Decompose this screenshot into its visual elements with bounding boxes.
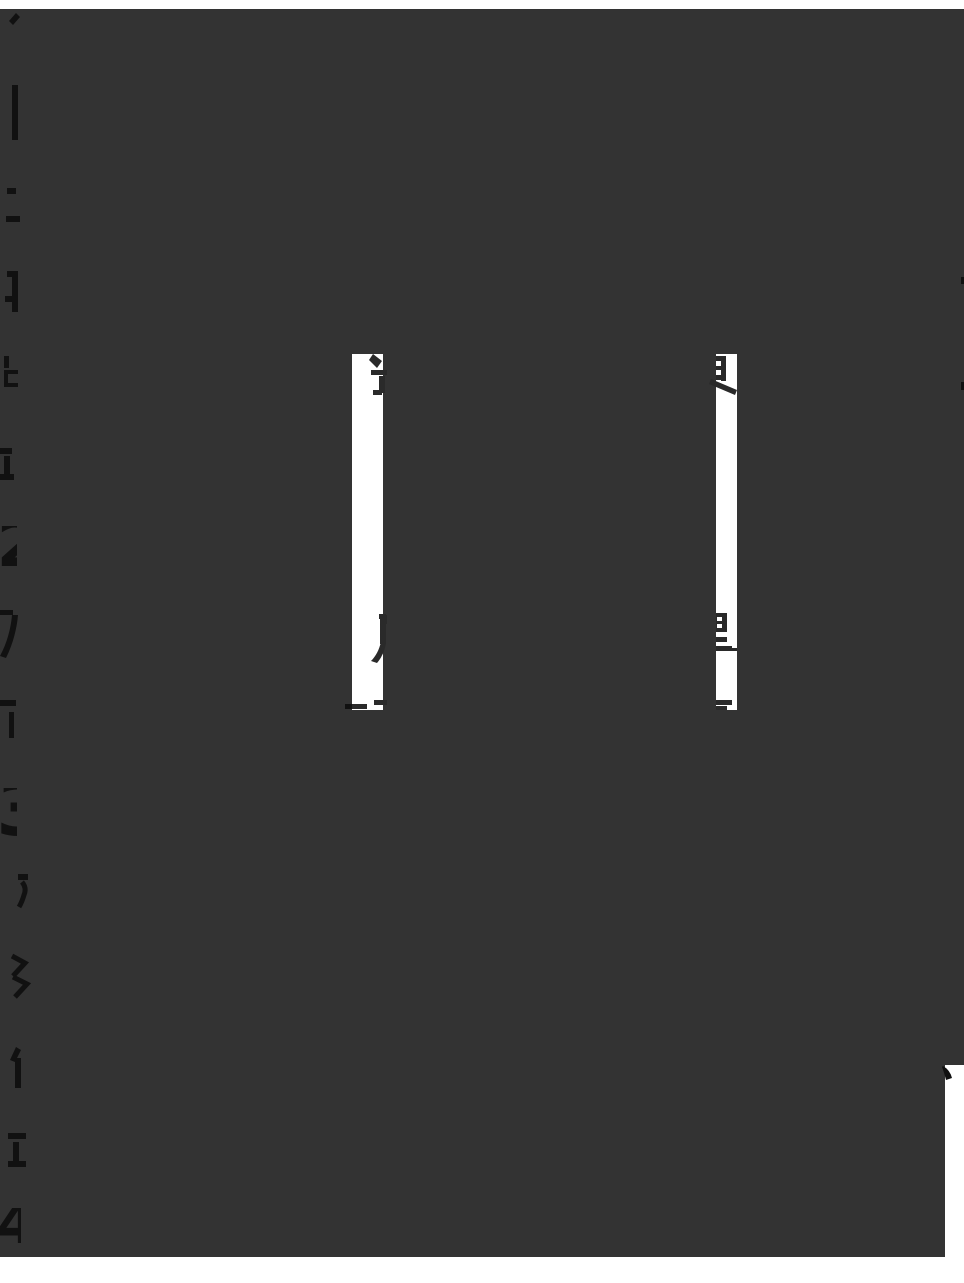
ghost-stroke-vbar — [15, 1058, 21, 1088]
ghost-digit-3: 3 — [0, 788, 17, 848]
ghost-stroke-wedge — [9, 13, 20, 25]
page-right-edge — [945, 1065, 964, 1283]
ghost-stroke-curve — [0, 615, 18, 658]
ghost-stroke-dash — [4, 370, 18, 374]
ghost-stroke-dash — [6, 216, 20, 222]
ghost-stroke-slash — [10, 1047, 21, 1062]
ghost-stroke-dash — [4, 383, 18, 387]
ghost-digit-4: 4 — [0, 1208, 21, 1252]
ghost-glyph-fragments-left-margin — [0, 13, 964, 1167]
ghost-stroke-hook — [19, 882, 25, 907]
ghost-stroke-vbar — [4, 456, 10, 480]
ghost-stroke-zigzag — [13, 977, 27, 997]
ghost-stroke-dash — [5, 296, 18, 302]
ghost-stroke-dash — [7, 188, 16, 194]
ghost-stroke-dash — [0, 610, 13, 615]
page-bottom-edge — [0, 1257, 964, 1283]
dialog-right-edge — [716, 354, 737, 710]
glyph-fragments-layer — [0, 0, 964, 1283]
ghost-digit-2: 2 — [0, 526, 17, 576]
ghost-stroke-vbar — [4, 356, 9, 368]
ghost-stroke-dash — [8, 1161, 26, 1167]
ghost-stroke-vbar — [9, 712, 14, 738]
dialog-left-edge — [352, 354, 383, 710]
ghost-stroke-vbar — [12, 277, 18, 312]
ghost-stroke-vbar — [12, 85, 18, 140]
ghost-stroke-dash — [18, 874, 28, 880]
ghost-stroke-zigzag — [12, 956, 25, 976]
dialog-glyph-cheng-bump — [384, 615, 387, 624]
ghost-stroke-dash — [0, 474, 14, 480]
ghost-stroke-dash — [8, 1133, 26, 1139]
ghost-stroke-dash — [7, 271, 18, 277]
page-top-edge — [0, 0, 964, 9]
ghost-stroke-dash — [0, 700, 16, 706]
dialog-glyph-fragments — [352, 354, 737, 710]
ghost-stroke-dash — [345, 704, 352, 709]
ghost-stroke-vbar — [13, 1142, 19, 1163]
ghost-stroke-dash — [0, 448, 12, 454]
masked-page: 2 3 4 — [0, 0, 964, 1283]
ghost-stroke-vbar — [4, 374, 8, 387]
